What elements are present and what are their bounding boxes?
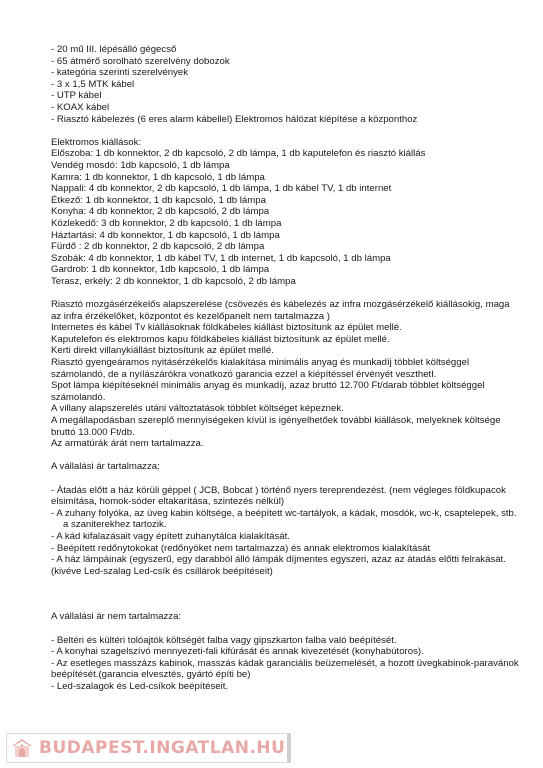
section-title: A vállalási ár nem tartalmazza: bbox=[51, 611, 521, 623]
document-page: - 20 mű III. lépésálló gégecső - 65 átmé… bbox=[51, 44, 521, 692]
note-paragraph: Kaputelefon és elektromos kapu földkábel… bbox=[51, 334, 521, 346]
footer-logo: BUDAPEST.INGATLAN.HU bbox=[6, 733, 291, 763]
list-item: - KOAX kábel bbox=[51, 102, 521, 114]
list-item: - Átadás előtt a ház körüli géppel ( JCB… bbox=[51, 485, 521, 508]
list-item: Étkező: 1 db konnektor, 1 db kapcsoló, 1… bbox=[51, 195, 521, 207]
list-item: Gardrob: 1 db konnektor, 1db kapcsoló, 1… bbox=[51, 264, 521, 276]
list-item: - Led-szalagok és Led-csíkok beépítéseit… bbox=[51, 681, 521, 693]
note-paragraph: A megállapodásban szereplő mennyiségeken… bbox=[51, 415, 521, 438]
note-paragraph: Kerti direkt villanykiállást biztosítunk… bbox=[51, 345, 521, 357]
list-item: Fürdő : 2 db konnektor, 2 db kapcsoló, 2… bbox=[51, 241, 521, 253]
list-item: - 3 x 1,5 MTK kábel bbox=[51, 79, 521, 91]
list-item: Előszoba: 1 db konnektor, 2 db kapcsoló,… bbox=[51, 148, 521, 160]
list-item: - A ház lámpáinak (egyszerű, egy darabbó… bbox=[51, 554, 521, 577]
outlets-section: Elektromos kiállások: Előszoba: 1 db kon… bbox=[51, 137, 521, 288]
notes-section: Riasztó mozgásérzékelős alapszerelése (c… bbox=[51, 299, 521, 450]
list-item: Nappali: 4 db konnektor, 2 db kapcsoló, … bbox=[51, 183, 521, 195]
house-icon bbox=[11, 738, 33, 758]
list-item: - Beltéri és kültéri tolóajtók költségét… bbox=[51, 635, 521, 647]
list-item: - Beépített redőnytokokat (redőnyöket ne… bbox=[51, 543, 521, 555]
section-title: Elektromos kiállások: bbox=[51, 137, 521, 149]
list-item: Konyha: 4 db konnektor, 2 db kapcsoló, 2… bbox=[51, 206, 521, 218]
list-item: Szobák: 4 db konnektor, 1 db kábel TV, 1… bbox=[51, 253, 521, 265]
list-item: Háztartási: 4 db konnektor, 1 db kapcsol… bbox=[51, 230, 521, 242]
materials-list: - 20 mű III. lépésálló gégecső - 65 átmé… bbox=[51, 44, 521, 125]
note-paragraph: Spot lámpa kiépítéseknél minimális anyag… bbox=[51, 380, 521, 403]
note-paragraph: Az armatúrák árát nem tartalmazza. bbox=[51, 438, 521, 450]
logo-text: BUDAPEST.INGATLAN.HU bbox=[39, 738, 285, 758]
list-item: Terasz, erkély: 2 db konnektor, 1 db kap… bbox=[51, 276, 521, 288]
list-item: Közlekedő: 3 db konnektor, 2 db kapcsoló… bbox=[51, 218, 521, 230]
note-paragraph: Riasztó mozgásérzékelős alapszerelése (c… bbox=[51, 299, 521, 322]
list-item: - A konyhai szagelszívó mennyezeti-fali … bbox=[51, 646, 521, 658]
section-title: A vállalási ár tartalmazza: bbox=[51, 461, 521, 473]
list-item: - 65 átmérő sorolható szerelvény dobozok bbox=[51, 56, 521, 68]
excludes-section: A vállalási ár nem tartalmazza: - Beltér… bbox=[51, 611, 521, 692]
list-item: - Riasztó kábelezés (6 eres alarm kábell… bbox=[51, 114, 521, 126]
includes-section: A vállalási ár tartalmazza: - Átadás elő… bbox=[51, 461, 521, 577]
list-item: - A kád kifalazásait vagy épített zuhany… bbox=[51, 531, 521, 543]
note-paragraph: Riasztó gyengeáramos nyitásérzékelős kia… bbox=[51, 357, 521, 380]
list-item: - UTP kábel bbox=[51, 90, 521, 102]
list-item: Vendég mosdó: 1db kapcsoló, 1 db lámpa bbox=[51, 160, 521, 172]
list-item: Kamra: 1 db konnektor, 1 db kapcsoló, 1 … bbox=[51, 172, 521, 184]
note-paragraph: Internetes és kábel Tv kiállásoknak föld… bbox=[51, 322, 521, 334]
note-paragraph: A villany alapszerelés utáni változtatás… bbox=[51, 403, 521, 415]
list-item: - kategória szerinti szerelvények bbox=[51, 67, 521, 79]
list-item: - 20 mű III. lépésálló gégecső bbox=[51, 44, 521, 56]
list-item: - A zuhany folyóka, az üveg kabin költsé… bbox=[51, 508, 521, 531]
list-item: - Az esetleges masszázs kabinok, masszás… bbox=[51, 658, 521, 681]
